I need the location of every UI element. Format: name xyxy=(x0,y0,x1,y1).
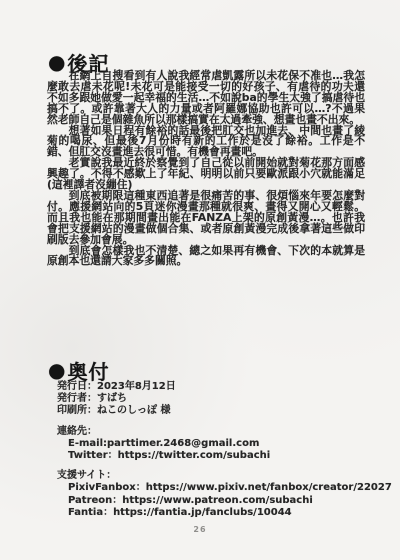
contact-email-line: E-mail:parttimer.2468@gmail.com xyxy=(57,438,377,450)
support-patreon-line: Patreon：https://www.patreon.com/subachi xyxy=(57,495,377,507)
spacer xyxy=(57,418,377,426)
support-sites-heading: 支援サイト： xyxy=(57,470,377,482)
colophon-body: 発行日：2023年8月12日 発行者：すばち 印刷所：ねこのしっぽ 様 連絡先：… xyxy=(57,381,377,519)
page-number: 26 xyxy=(0,525,400,534)
publisher-line: 発行者：すばち xyxy=(57,393,377,405)
afterword-paragraph: 到底被期限這種東西追著是很痛苦的事、很煩惱來年要怎麼對付。應援網站向的5頁迷你漫… xyxy=(47,191,365,246)
contact-heading: 連絡先： xyxy=(57,426,377,438)
afterword-paragraph: 在網上自搜看到有人說我經常虐凱露所以未花保不准也…我怎麼敢去虐未花呢!未花可是能… xyxy=(47,71,365,126)
publication-date-line: 発行日：2023年8月12日 xyxy=(57,381,377,393)
afterword-paragraph: 到底會怎樣我也不清楚、總之如果再有機會、下次的本就算是原創本也還請大家多多關照。 xyxy=(47,246,365,268)
support-pixivfanbox-line: PixivFanbox：https://www.pixiv.net/fanbox… xyxy=(57,482,377,494)
contact-twitter-line: Twitter：https://twitter.com/subachi xyxy=(57,450,377,462)
support-fantia-line: Fantia：https://fantia.jp/fanclubs/10044 xyxy=(57,507,377,519)
afterword-body: 在網上自搜看到有人說我經常虐凱露所以未花保不准也…我怎麼敢去虐未花呢!未花可是能… xyxy=(47,71,365,267)
afterword-paragraph: 想著如果日程有餘裕的話最後把肛交也加進去、中間也畫了綾菊的喝尿、但最後7月份時有… xyxy=(47,126,365,159)
section-bullet-icon: ● xyxy=(48,360,66,380)
printer-line: 印刷所：ねこのしっぽ 様 xyxy=(57,405,377,417)
scanned-doujin-page: ● 後記 在網上自搜看到有人說我經常虐凱露所以未花保不准也…我怎麼敢去虐未花呢!… xyxy=(0,0,400,560)
afterword-paragraph: 老實說我最近終於察覺到了自己從以前開始就對菊花那方面感興趣了。不得不感歎上了年紀… xyxy=(47,158,365,191)
section-bullet-icon: ● xyxy=(48,52,66,72)
